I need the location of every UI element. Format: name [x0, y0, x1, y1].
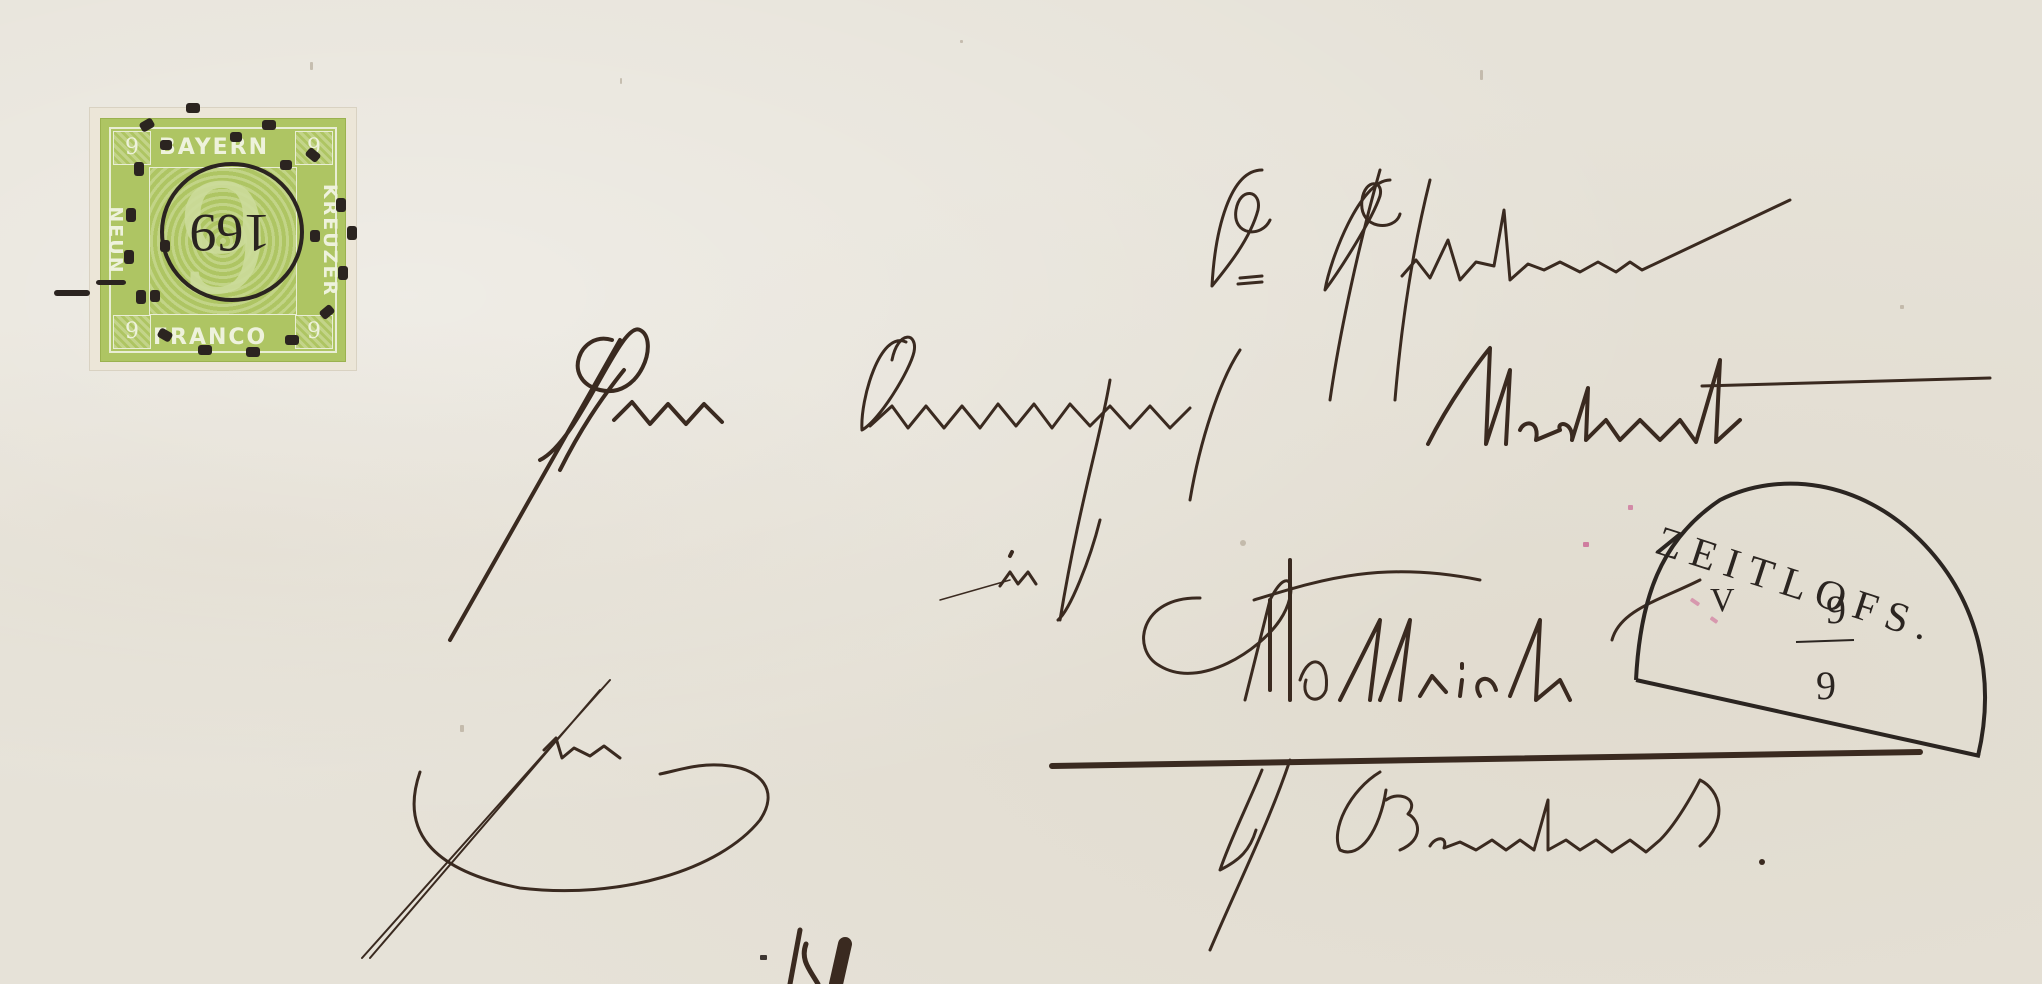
paper-fiber: [1900, 305, 1904, 309]
red-ink-spot: [1690, 597, 1700, 606]
paper-fiber: [1480, 70, 1483, 80]
stamp-corner-numeral: 9: [295, 315, 333, 349]
paper-fiber: [620, 78, 622, 84]
cancellation-number: 169: [180, 206, 280, 260]
stamp-franco-label: FRANCO: [153, 327, 267, 349]
postmark-month: 9: [1816, 666, 1836, 706]
postmark-town: ZEITLOFS.: [1651, 520, 1944, 651]
stamp-neun-label: NEUN: [106, 206, 125, 274]
paper-fiber: [960, 40, 963, 43]
stamp-corner-numeral: 9: [113, 131, 151, 165]
paper-fiber: [1240, 540, 1246, 546]
red-ink-spot: [1628, 505, 1633, 510]
paper-fiber: [460, 725, 464, 732]
stamp-corner-numeral: 9: [113, 315, 151, 349]
letter-cover: 9 9 9 9 BAYERN FRANCO NEUN KREUZER 9: [0, 0, 2042, 984]
postmark-day: 9: [1826, 590, 1846, 630]
ink-dot: [760, 955, 767, 960]
red-ink-spot: [1583, 542, 1589, 547]
stamp-corner-numeral: 9: [295, 131, 333, 165]
paper-fiber: [310, 62, 313, 70]
stamp-kreuzer-label: KREUZER: [320, 184, 339, 297]
postmark-left-mark: V: [1710, 584, 1735, 618]
